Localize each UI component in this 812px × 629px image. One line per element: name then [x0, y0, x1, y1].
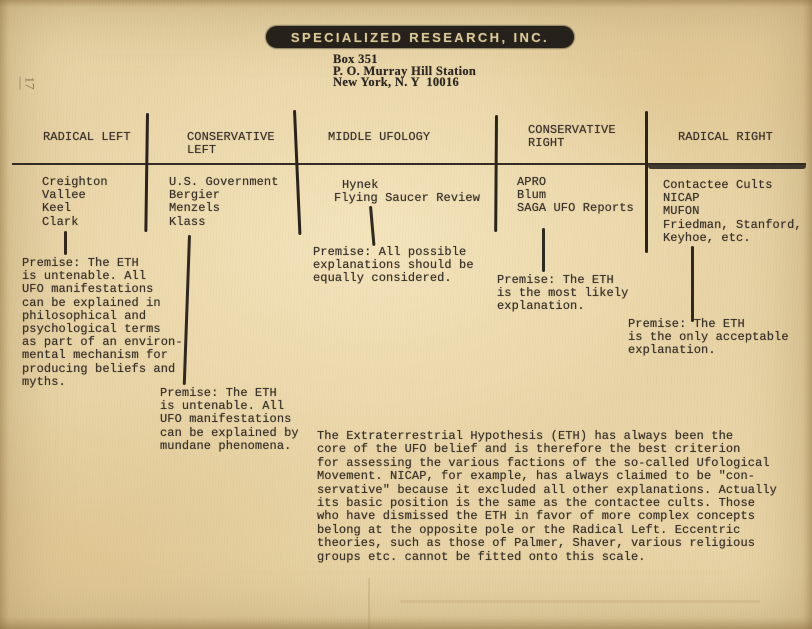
body-paragraph: The Extraterrestrial Hypothesis (ETH) ha… — [317, 430, 777, 564]
company-stamp-text: SPECIALIZED RESEARCH, INC. — [291, 30, 549, 45]
scanned-page: SPECIALIZED RESEARCH, INC. Box 351 P. O.… — [0, 0, 812, 629]
column-header-middle-ufology: MIDDLE UFOLOGY — [328, 131, 430, 144]
column-divider-1 — [144, 113, 149, 232]
premise-connector-radical-right — [691, 246, 694, 322]
member-list-radical-right: Contactee Cults NICAP MUFON Friedman, St… — [663, 179, 802, 245]
premise-conservative-left: Premise: The ETH is untenable. All UFO m… — [160, 387, 299, 453]
column-header-radical-right: RADICAL RIGHT — [678, 131, 773, 144]
page-number: 17 — [20, 77, 38, 90]
company-stamp: SPECIALIZED RESEARCH, INC. — [266, 26, 574, 48]
spectrum-axis-line-heavy-segment — [648, 163, 806, 169]
premise-connector-conservative-right — [542, 228, 545, 272]
column-divider-4 — [645, 111, 648, 253]
column-header-conservative-right: CONSERVATIVE RIGHT — [528, 124, 616, 150]
premise-connector-middle-ufology — [369, 206, 375, 246]
premise-connector-radical-left — [64, 231, 67, 255]
premise-connector-conservative-left — [183, 235, 191, 385]
premise-conservative-right: Premise: The ETH is the most likely expl… — [497, 274, 628, 314]
column-divider-2 — [293, 110, 301, 235]
member-list-conservative-right: APRO Blum SAGA UFO Reports — [517, 176, 634, 216]
member-list-middle-ufology: Hynek Flying Saucer Review — [334, 179, 480, 205]
address-block: Box 351 P. O. Murray Hill Station New Yo… — [333, 54, 476, 89]
premise-radical-right: Premise: The ETH is the only acceptable … — [628, 318, 789, 358]
premise-radical-left: Premise: The ETH is untenable. All UFO m… — [22, 257, 183, 389]
paper-crease — [368, 578, 370, 629]
column-divider-3 — [494, 115, 498, 232]
column-header-conservative-left: CONSERVATIVE LEFT — [187, 131, 275, 157]
premise-middle-ufology: Premise: All possible explanations shoul… — [313, 246, 474, 286]
member-list-conservative-left: U.S. Government Bergier Menzels Klass — [169, 176, 279, 229]
paper-crease — [400, 600, 760, 603]
column-header-radical-left: RADICAL LEFT — [43, 131, 131, 144]
member-list-radical-left: Creighton Vallee Keel Clark — [42, 176, 108, 229]
